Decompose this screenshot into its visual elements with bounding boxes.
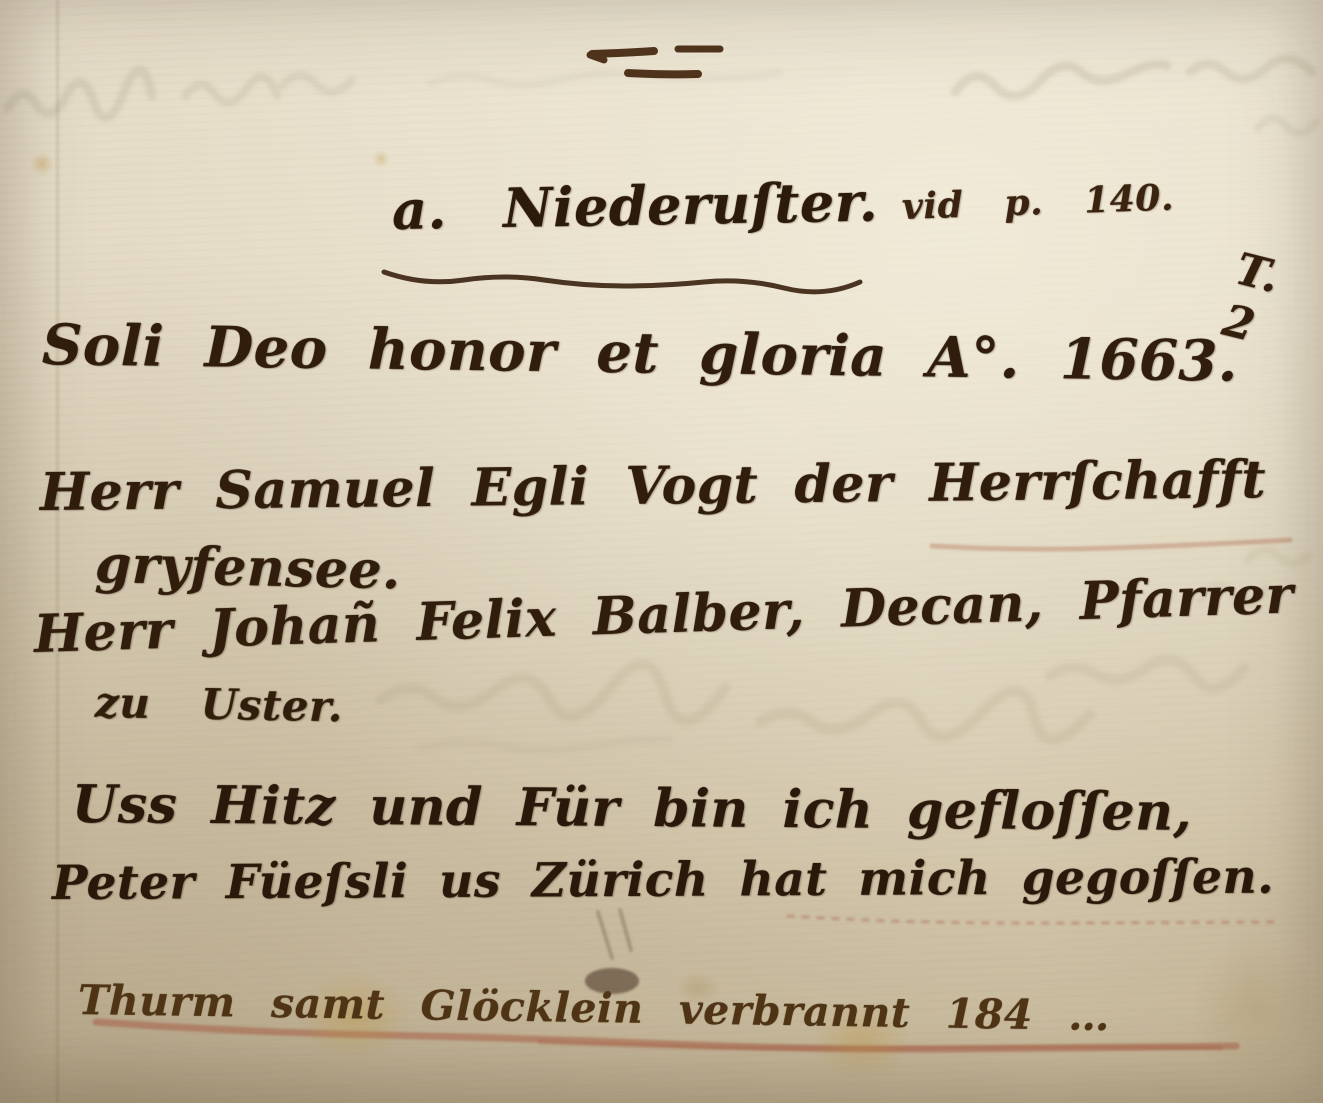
paper-stain [30,152,54,176]
line-zu-uster: zu Uster. [95,678,344,733]
line-herr-samuel-egli: Herr Samuel Egli Vogt der Herrſchafft [40,449,1267,524]
separator-mark [590,49,720,74]
paper-crease-line [56,0,59,1103]
red-dots-gegossen [788,916,1280,923]
footnote-line: Thurm samt Glöcklein verbrannt 184 … [78,976,1111,1041]
ink-smudge [585,910,639,994]
paper-stain [1190,940,1320,1080]
paper-stain [372,150,390,168]
heading-underline [384,272,860,292]
bell-dedication-line: Soli Deo honor et gloria A°. 1663. [42,312,1239,396]
verse-line-2: Peter Füeſsli us Zürich hat mich gegoſſe… [52,850,1274,913]
heading-title: a. Niederuſter. [391,170,878,243]
verse-line-1: Uss Hitz und Für bin ich gefloſſen, [72,774,1192,844]
page-reference: vid p. 140. [901,177,1174,230]
manuscript-page: a. Niederuſter. vid p. 140. T. 2 Soli De… [0,0,1323,1103]
red-underline-herrschafft [932,540,1290,549]
bleed-through-top [8,59,1316,133]
